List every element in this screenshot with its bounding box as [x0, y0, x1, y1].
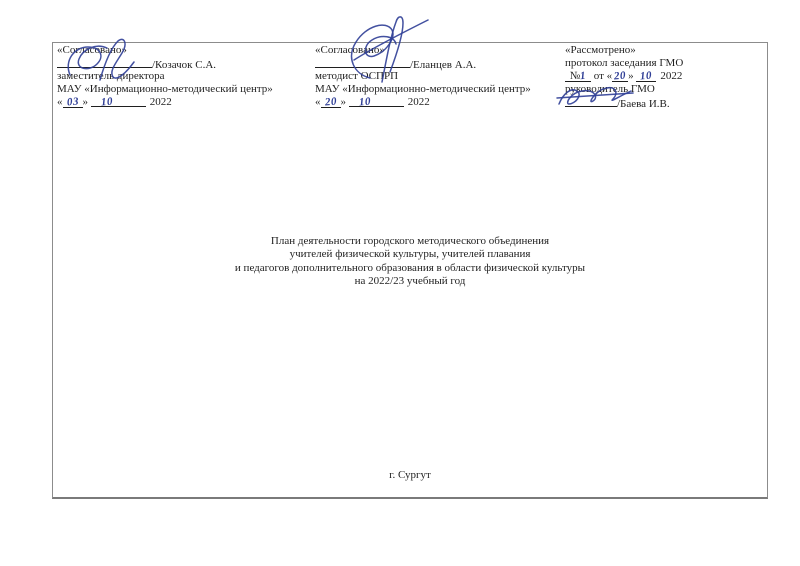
approval-3-protocol-number-line: №1 от «20» 102022: [565, 70, 775, 83]
handwritten-day: 20: [324, 96, 337, 110]
handwritten-day: 03: [66, 96, 79, 110]
approval-1-organization: МАУ «Информационно-методический центр»: [57, 83, 307, 96]
date-month-blank: 10: [349, 96, 404, 107]
signature-blank: [315, 57, 410, 68]
document-title: План деятельности городского методическо…: [52, 235, 768, 288]
date-day-blank: 20: [321, 96, 341, 108]
date-year: 2022: [656, 70, 682, 82]
handwritten-day: 20: [614, 70, 627, 84]
ot-label: от: [594, 70, 604, 82]
handwritten-month: 10: [100, 96, 113, 110]
approval-2-organization: МАУ «Информационно-методический центр»: [315, 83, 565, 96]
signature-blank: [57, 57, 152, 68]
title-line-3: и педагогов дополнительного образования …: [52, 262, 768, 275]
approval-2-position: методист ОСПРП: [315, 70, 565, 83]
date-month-blank: 10: [91, 96, 146, 107]
date-month-blank: 10: [636, 70, 656, 82]
approval-1-signature-line: /Козачок С.А.: [57, 57, 307, 70]
scanned-document-page: «Согласовано» /Козачок С.А. заместитель …: [0, 0, 800, 566]
close-quote: »: [628, 70, 634, 82]
date-day-blank: 03: [63, 96, 83, 108]
approval-3-name: /Баева И.В.: [617, 98, 670, 110]
approval-1-date-line: «03» 102022: [57, 96, 307, 109]
title-line-1: План деятельности городского методическо…: [52, 235, 768, 248]
approval-1-label: «Согласовано»: [57, 44, 307, 57]
approval-2-name: /Еланцев А.А.: [410, 59, 476, 71]
handwritten-month: 10: [358, 96, 371, 110]
signature-blank: [565, 96, 617, 107]
close-quote: »: [341, 96, 347, 108]
approval-1-position: заместитель директора: [57, 70, 307, 83]
approval-3-label: «Рассмотрено»: [565, 44, 775, 57]
protocol-number-blank: №1: [565, 70, 591, 82]
title-line-2: учителей физической культуры, учителей п…: [52, 248, 768, 261]
close-quote: »: [83, 96, 89, 108]
title-line-4: на 2022/23 учебный год: [52, 275, 768, 288]
approval-block-1: «Согласовано» /Козачок С.А. заместитель …: [57, 44, 307, 109]
approval-3-signature-line: /Баева И.В.: [565, 96, 775, 109]
date-year: 2022: [146, 96, 172, 108]
handwritten-protocol-number: 1: [580, 70, 587, 83]
approval-3-position: руководитель ГМО: [565, 83, 775, 96]
approval-2-signature-line: /Еланцев А.А.: [315, 57, 565, 70]
footer-city: г. Сургут: [52, 469, 768, 481]
approval-2-date-line: «20» 102022: [315, 96, 565, 109]
approval-2-label: «Согласовано»: [315, 44, 565, 57]
date-year: 2022: [404, 96, 430, 108]
approval-block-3: «Рассмотрено» протокол заседания ГМО №1 …: [565, 44, 775, 109]
handwritten-month: 10: [640, 70, 653, 84]
approval-block-2: «Согласовано» /Еланцев А.А. методист ОСП…: [315, 44, 565, 109]
date-day-blank: 20: [612, 70, 628, 82]
approval-3-protocol-text: протокол заседания ГМО: [565, 57, 775, 70]
